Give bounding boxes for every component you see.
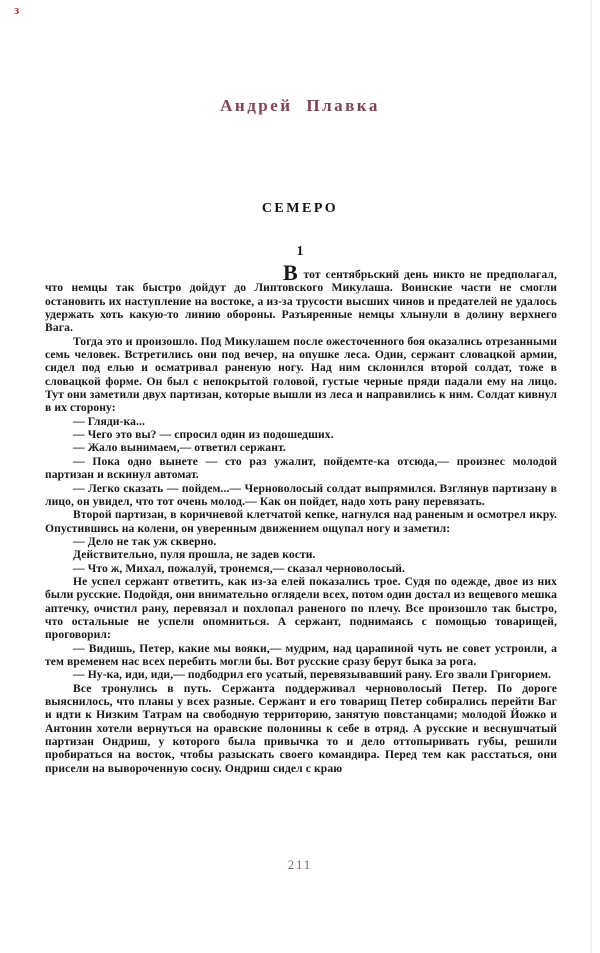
paragraph: — Гляди-ка... <box>45 415 557 428</box>
drop-cap-initial: В <box>283 260 299 285</box>
paragraph: Все тронулись в путь. Сержанта поддержив… <box>45 682 557 775</box>
paragraph: — Ну-ка, иди, иди,— подбодрил его усатый… <box>45 668 557 681</box>
paragraph: Не успел сержант ответить, как из-за еле… <box>45 575 557 642</box>
author-name: Андрей Плавка <box>0 96 600 116</box>
paragraph: Действительно, пуля прошла, не задев кос… <box>45 548 557 561</box>
paragraph: — Пока одно вынете — сто раз ужалит, пой… <box>45 455 557 482</box>
paragraph: — Видишь, Петер, какие мы вояки,— мудрим… <box>45 642 557 669</box>
page-number: 211 <box>0 858 600 873</box>
paragraph: — Легко сказать — пойдем...— Черноволосы… <box>45 482 557 509</box>
story-title: СЕМЕРО <box>0 201 600 217</box>
paragraph: Тогда это и произошло. Под Микулашем пос… <box>45 335 557 415</box>
book-page: з Андрей Плавка СЕМЕРО 1 В тот сентябрьс… <box>0 0 600 953</box>
page-edge-line <box>590 0 592 953</box>
text-block: В тот сентябрьский день никто не предпол… <box>45 268 557 775</box>
paragraph: — Чего это вы? — спросил один из подошед… <box>45 428 557 441</box>
paragraph: — Что ж, Михал, пожалуй, тронемся,— сказ… <box>45 562 557 575</box>
corner-mark: з <box>14 2 19 18</box>
paragraph: — Жало вынимаем,— ответил сержант. <box>45 441 557 454</box>
chapter-number: 1 <box>0 243 600 259</box>
paragraph: В тот сентябрьский день никто не предпол… <box>45 268 557 335</box>
paragraph: Второй партизан, в коричневой клетчатой … <box>45 508 557 535</box>
paragraph: — Дело не так уж скверно. <box>45 535 557 548</box>
